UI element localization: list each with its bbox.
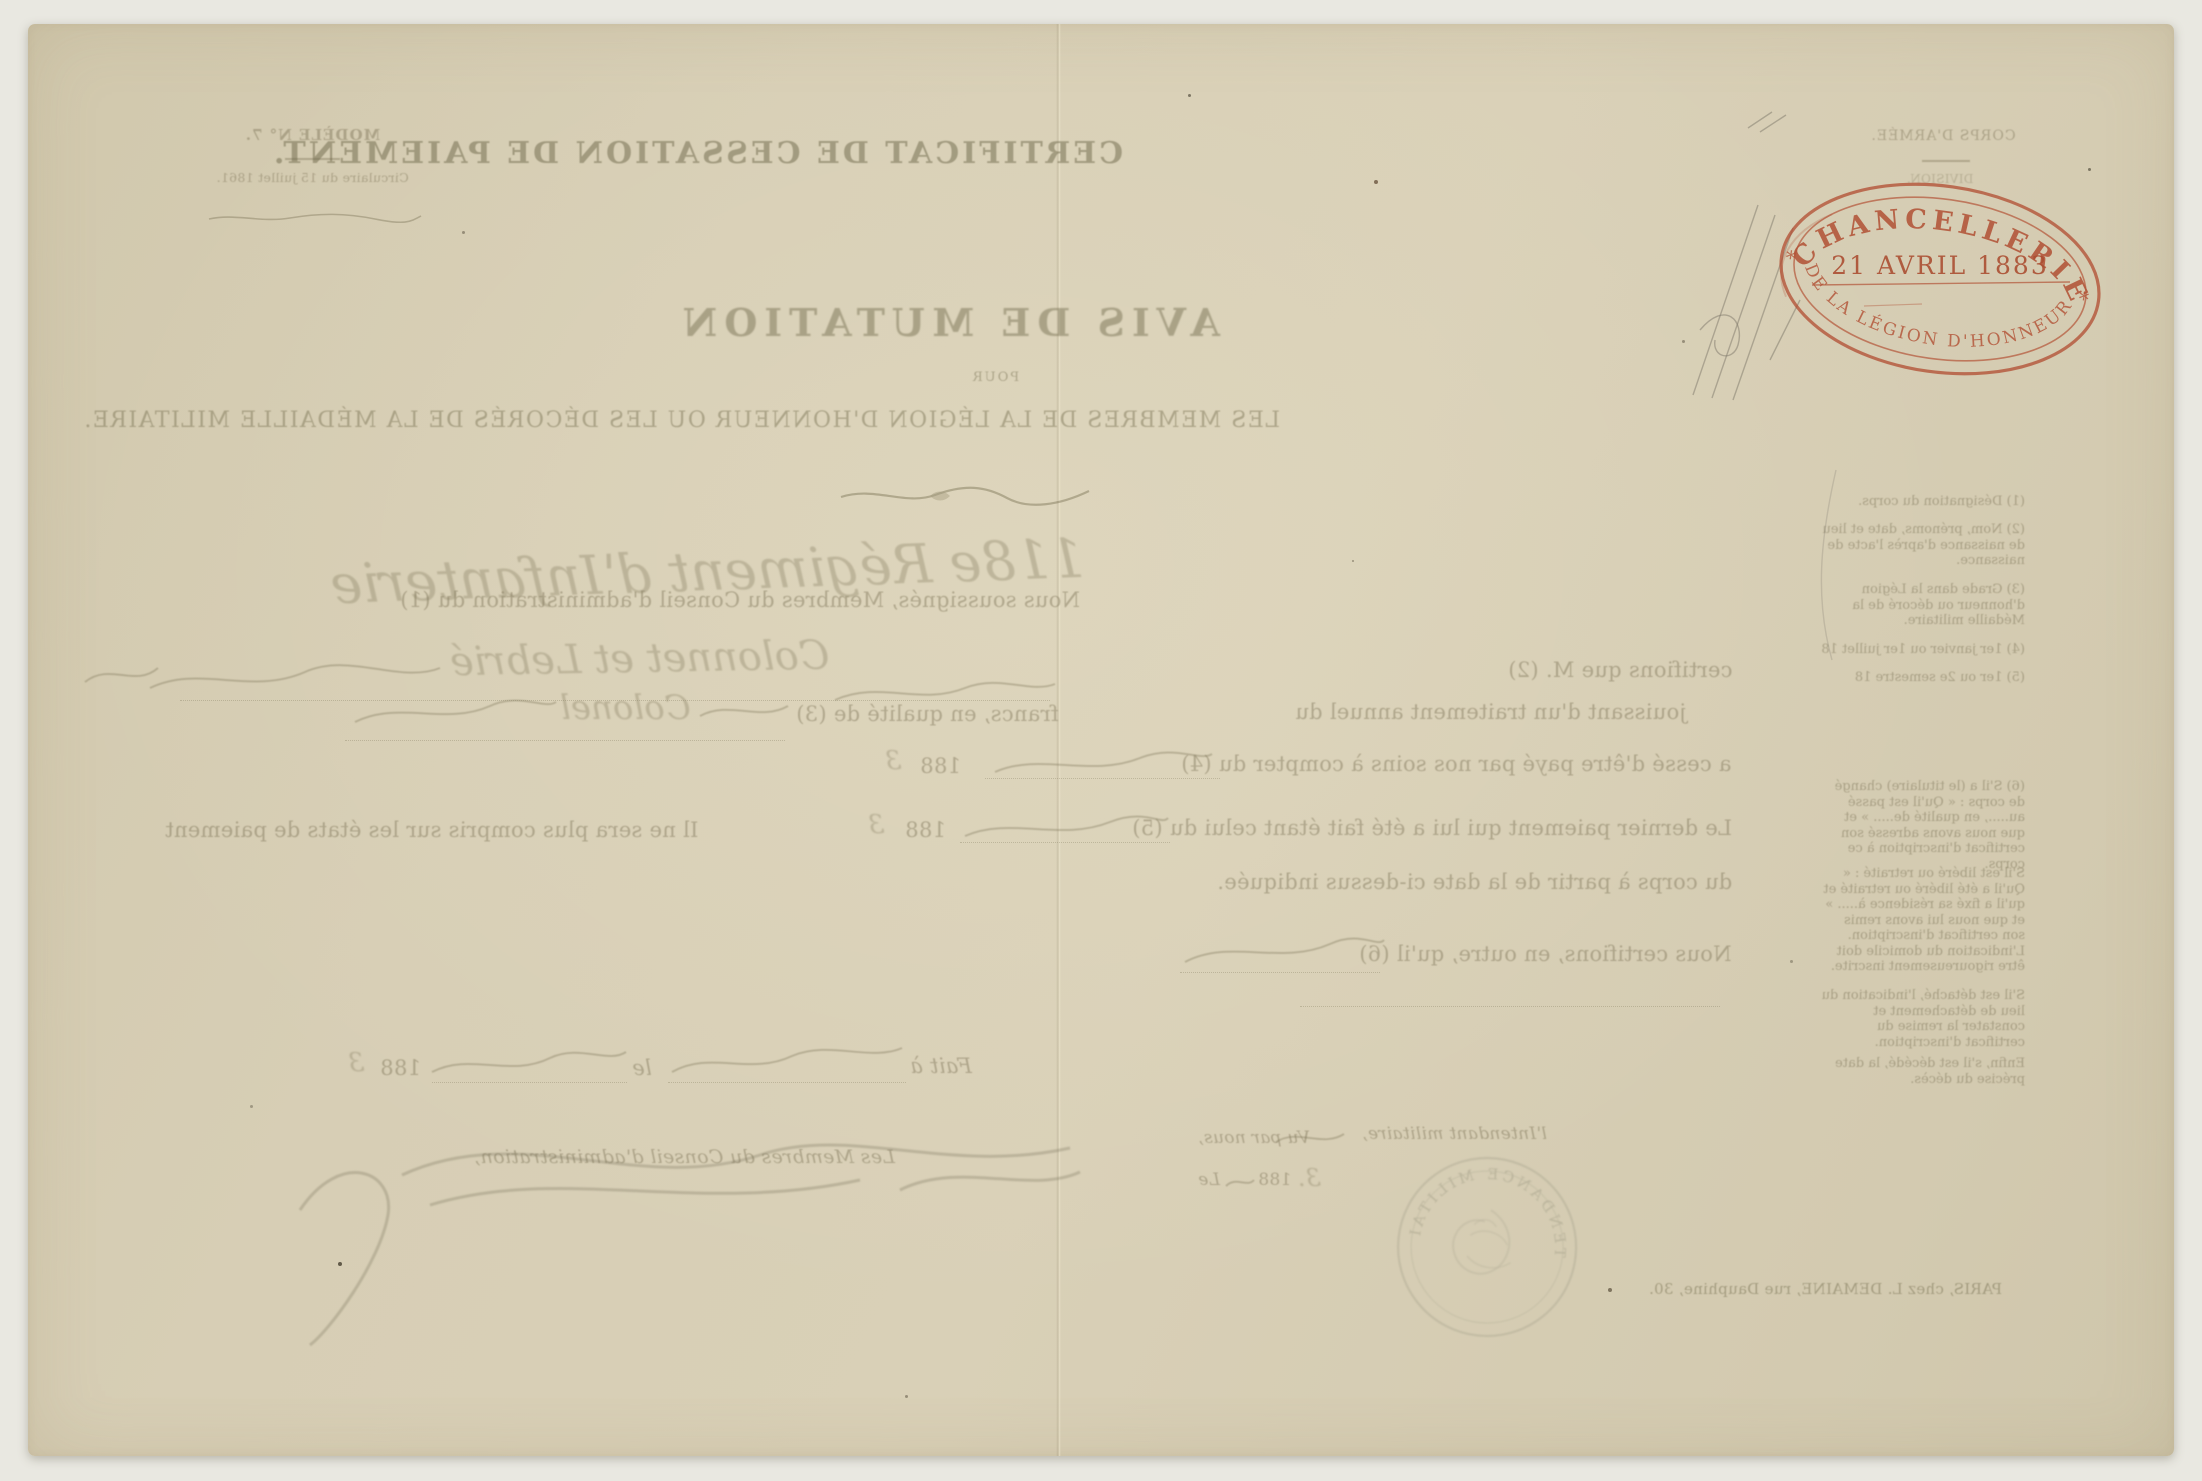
fait-a-label: Fait à bbox=[910, 1054, 972, 1078]
paper-speck bbox=[1374, 180, 1378, 184]
line-certifions: certifions que M. (2) bbox=[1508, 658, 1732, 682]
blank-rule-5 bbox=[960, 842, 1170, 843]
blank-rule-6 bbox=[1180, 972, 1380, 973]
avis-pour: POUR bbox=[955, 370, 1035, 385]
avis-subtitle: LES MEMBRES DE LA LÉGION D'HONNEUR OU LE… bbox=[255, 408, 1280, 433]
hw-year-digit-c: 3 bbox=[348, 1048, 365, 1078]
line-certifions2: Nous certifions, en outre, qu'il (6) bbox=[1359, 942, 1732, 966]
line-cesse: a cessé d'être payé par nos soins à comp… bbox=[1181, 752, 1732, 776]
margin-note-3: (3) Grade dans la Légion d'honneur ou dé… bbox=[1820, 582, 2025, 629]
hw-year-digit-d: 3. bbox=[1298, 1164, 1321, 1192]
corps-rule bbox=[1922, 160, 1970, 162]
margin-note-4: (4) 1er janvier ou 1er juillet 18 bbox=[1820, 642, 2025, 658]
margin-note-5: (5) 1er ou 2e semestre 18 bbox=[1820, 670, 2025, 686]
margin-note-6b: S'il est libéré ou retraité : « Qu'il a … bbox=[1820, 866, 2025, 975]
line-dernier: Le dernier paiement qui lui a été fait é… bbox=[1132, 816, 1732, 840]
vu-par-nous: Vu par nous, bbox=[1198, 1128, 1310, 1148]
blank-rule-7 bbox=[1300, 1006, 1720, 1007]
hw-grade: Colonel bbox=[560, 688, 691, 728]
margin-note-6c: S'il est détaché, l'indication du lieu d… bbox=[1820, 988, 2025, 1050]
paper-speck bbox=[1188, 94, 1191, 97]
ornament-divider bbox=[835, 484, 1095, 508]
printed-188-a: 188 bbox=[920, 754, 961, 778]
stamp-date-rule bbox=[1812, 282, 2070, 285]
blank-rule-3 bbox=[345, 740, 785, 741]
stamp-star-left: * bbox=[1784, 245, 1797, 270]
margin-note-2: (2) Nom, prénoms, date et lieu de naissa… bbox=[1820, 522, 2025, 569]
printed-188-b: 188 bbox=[905, 818, 946, 842]
line-corps-suite: du corps à partir de la date ci-dessus i… bbox=[1217, 870, 1732, 894]
paper-speck bbox=[338, 1262, 342, 1266]
margin-note-6d: Enfin, s'il est décédé, la date précise … bbox=[1820, 1056, 2025, 1087]
blank-rule-9 bbox=[668, 1082, 906, 1083]
margin-note-1: (1) Désignation du corps. bbox=[1820, 494, 2025, 510]
avis-title: AVIS DE MUTATION bbox=[710, 300, 1220, 345]
hw-nom: Colonnet et Lebrié bbox=[450, 633, 830, 686]
document-title: CERTIFICAT DE CESSATION DE PAIEMENT. bbox=[558, 136, 1123, 171]
printed-188-d: 188 bbox=[1258, 1170, 1291, 1190]
intendant-militaire: l'Intendant militaire, bbox=[1362, 1124, 1547, 1144]
model-circular-label: Circulaire du 15 juillet 1861. bbox=[200, 170, 425, 185]
hw-year-digit-b: 3 bbox=[868, 810, 885, 840]
stamp-date: 21 AVRIL 1883 bbox=[1831, 251, 2049, 280]
corps-armee-line: CORPS D'ARMÉE. bbox=[1852, 128, 2034, 144]
stamp-star-right: * bbox=[2077, 287, 2090, 312]
line-compris: Il ne sera plus compris sur les états de… bbox=[165, 818, 698, 842]
printed-188-c: 188 bbox=[380, 1056, 421, 1080]
paper-speck bbox=[1608, 1288, 1612, 1292]
paper-speck bbox=[462, 231, 465, 234]
le-label: le bbox=[632, 1056, 652, 1080]
paper-speck bbox=[905, 1395, 908, 1398]
paper-speck bbox=[2088, 168, 2091, 171]
margin-note-6a: (6) S'il a (le titulaire) changé de corp… bbox=[1820, 779, 2025, 872]
paper-speck bbox=[1790, 960, 1793, 963]
model-wavy-rule bbox=[205, 210, 425, 226]
photograph-of-document-verso: { "header": { "model_label": "MODÈLE N° … bbox=[0, 0, 2202, 1481]
paper-speck bbox=[1682, 340, 1685, 343]
paper-speck bbox=[250, 1105, 253, 1108]
paper-speck bbox=[1352, 560, 1354, 562]
vertical-fold-crease bbox=[1056, 24, 1061, 1456]
blank-rule-8 bbox=[432, 1082, 627, 1083]
hw-year-digit-a: 3 bbox=[885, 746, 902, 776]
blank-rule-4 bbox=[985, 778, 1220, 779]
line-traitement: jouissant d'un traitement annuel du bbox=[1295, 700, 1686, 724]
membres-conseil-line: Les Membres du Conseil d'administration, bbox=[474, 1146, 895, 1168]
le-cap-label: Le bbox=[1198, 1170, 1220, 1190]
printer-imprint: PARIS, chez L. DEMAINE, rue Dauphine, 30… bbox=[1630, 1280, 2002, 1298]
line-qualite: francs, en qualité de (3) bbox=[796, 702, 1059, 726]
intendance-seal: INTENDANCE MILITAIRE bbox=[1382, 1139, 1592, 1358]
